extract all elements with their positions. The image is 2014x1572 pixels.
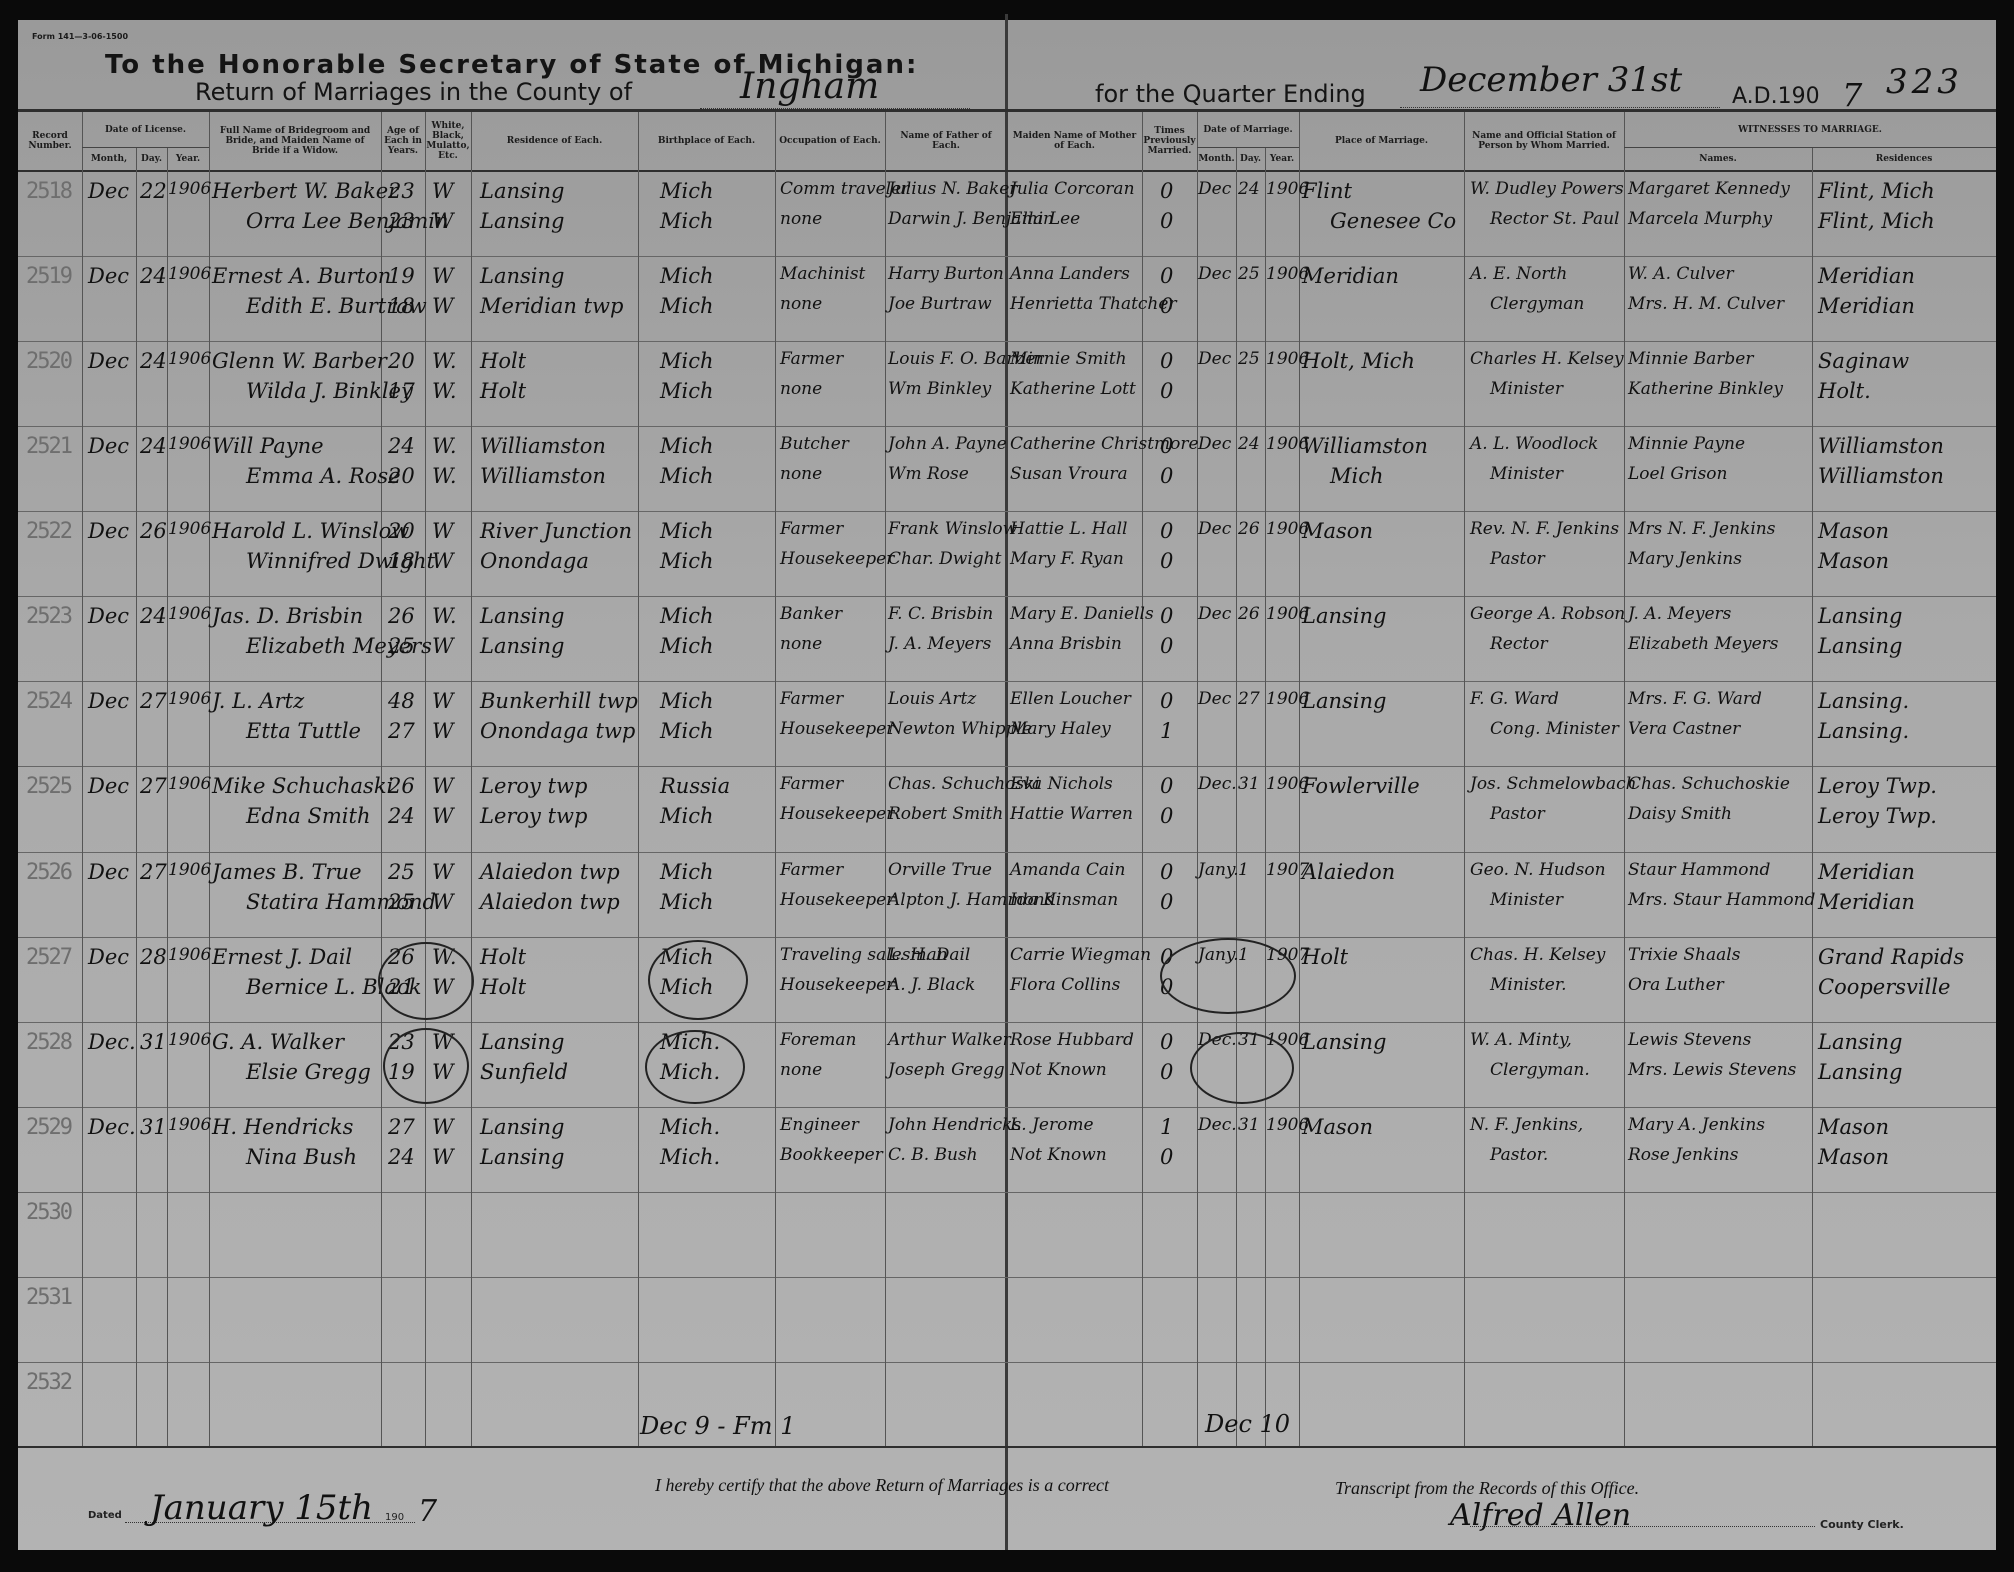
record-number: 2527 (26, 945, 71, 970)
cell-place1: Lansing (1302, 1030, 1386, 1054)
cell-bride-birth: Mich (660, 464, 714, 488)
cell-groom-age: 19 (388, 264, 415, 288)
cell-lic-day: 27 (140, 689, 167, 713)
cell-bride: Etta Tuttle (246, 719, 361, 743)
record-number: 2518 (26, 179, 71, 204)
cell-groom: Harold L. Winslow (212, 519, 409, 543)
header-bottom-rule (18, 170, 1996, 172)
cell-lic-day: 28 (140, 945, 167, 969)
dated-value: January 15th (150, 1488, 373, 1528)
row-divider (18, 256, 1996, 257)
cell-groom-occ: Machinist (780, 264, 865, 284)
cell-bride-father: Wm Binkley (888, 379, 991, 399)
cell-witres1: Meridian (1818, 264, 1915, 288)
cell-bride-occ: none (780, 379, 822, 399)
cell-bride-race: W (432, 719, 454, 743)
cell-bride-age: 23 (388, 209, 415, 233)
cell-groom-mother: Anna Landers (1010, 264, 1130, 284)
cell-bride-res: Lansing (480, 1145, 564, 1169)
col-witness-names: Names. (1624, 147, 1812, 170)
col-marriage-year: Year. (1265, 147, 1299, 170)
cell-bride-race: W (432, 209, 454, 233)
cell-lic-day: 24 (140, 604, 167, 628)
county-clerk-label: County Clerk. (1820, 1518, 1904, 1531)
column-divider (885, 112, 886, 1446)
cell-bride-mother: Anna Brisbin (1010, 634, 1122, 654)
cell-groom-times: 0 (1160, 434, 1173, 458)
cell-groom-times: 0 (1160, 1030, 1173, 1054)
cell-bride-occ: Housekeeper (780, 975, 894, 995)
cell-wit2: Mary Jenkins (1628, 549, 1742, 569)
cell-bride-res: Holt (480, 975, 526, 999)
col-date-of-marriage: Date of Marriage. (1197, 112, 1299, 147)
cell-off2: Minister (1490, 379, 1563, 399)
col-place: Place of Marriage. (1299, 112, 1464, 170)
cell-groom-birth: Russia (660, 774, 730, 798)
column-divider (775, 112, 776, 1446)
cell-lic-year: 1906 (168, 434, 211, 454)
cell-bride-mother: Mary Haley (1010, 719, 1111, 739)
cell-bride-times: 0 (1160, 1060, 1173, 1084)
cell-groom-times: 0 (1160, 774, 1173, 798)
cell-bride-mother: Ida Kinsman (1010, 890, 1118, 910)
cell-m-day: 27 (1238, 689, 1260, 709)
column-divider (1812, 147, 1813, 1446)
cell-lic-day: 31 (140, 1030, 167, 1054)
col-mother: Maiden Name of Mother of Each. (1007, 112, 1142, 170)
cell-bride-mother: Mary F. Ryan (1010, 549, 1124, 569)
cell-lic-month: Dec (88, 264, 129, 288)
cell-bride-res: Onondaga (480, 549, 589, 573)
cell-bride-mother: Susan Vroura (1010, 464, 1128, 484)
cell-lic-day: 22 (140, 179, 167, 203)
cell-bride-race: W (432, 890, 454, 914)
cell-groom-birth: Mich (660, 434, 714, 458)
cell-groom: James B. True (212, 860, 362, 884)
cell-groom-res: Williamston (480, 434, 606, 458)
cell-groom-res: Alaiedon twp (480, 860, 620, 884)
cell-groom: Ernest J. Dail (212, 945, 352, 969)
col-witness-residences: Residences (1812, 147, 1996, 170)
cell-m-day: 24 (1238, 434, 1260, 454)
cell-groom-occ: Farmer (780, 774, 843, 794)
cell-bride-race: W (432, 634, 454, 658)
cell-groom-mother: Minnie Smith (1010, 349, 1127, 369)
cell-bride-res: Onondaga twp (480, 719, 635, 743)
cell-bride-res: Alaiedon twp (480, 890, 620, 914)
cell-groom-birth: Mich (660, 179, 714, 203)
cell-groom-birth: Mich (660, 264, 714, 288)
cell-bride-times: 0 (1160, 294, 1173, 318)
cell-groom-mother: Eva Nichols (1010, 774, 1113, 794)
dated-label: Dated (88, 1510, 122, 1521)
cell-groom-mother: Julia Corcoran (1010, 179, 1135, 199)
cell-bride-father: C. B. Bush (888, 1145, 978, 1165)
cell-groom-father: John A. Payne (888, 434, 1007, 454)
cell-groom-birth: Mich (660, 689, 714, 713)
cell-lic-day: 26 (140, 519, 167, 543)
cell-bride-res: Lansing (480, 634, 564, 658)
cell-bride-birth: Mich (660, 209, 714, 233)
col-date-of-license: Date of License. (82, 112, 209, 147)
cell-groom-birth: Mich. (660, 1115, 720, 1139)
circle-mark-birth-2527 (648, 940, 748, 1020)
cell-wit1: W. A. Culver (1628, 264, 1734, 284)
cell-wit2: Elizabeth Meyers (1628, 634, 1779, 654)
cell-off2: Pastor (1490, 804, 1545, 824)
column-divider (167, 147, 168, 1446)
cell-groom-times: 0 (1160, 264, 1173, 288)
cell-place1: Lansing (1302, 604, 1386, 628)
cell-bride-times: 0 (1160, 549, 1173, 573)
cell-groom-times: 0 (1160, 519, 1173, 543)
certify-statement: I hereby certify that the above Return o… (655, 1475, 1109, 1496)
cell-bride: Nina Bush (246, 1145, 357, 1169)
cell-groom-res: River Junction (480, 519, 632, 543)
cell-bride-res: Sunfield (480, 1060, 568, 1084)
cell-place1: Mason (1302, 519, 1373, 543)
cell-bride-age: 18 (388, 294, 415, 318)
column-divider (82, 112, 83, 1446)
cell-off1: Chas. H. Kelsey (1470, 945, 1605, 965)
cell-wit1: Mrs. F. G. Ward (1628, 689, 1762, 709)
cell-bride-birth: Mich (660, 890, 714, 914)
cell-wit2: Ora Luther (1628, 975, 1724, 995)
cell-bride-mother: Hattie Warren (1010, 804, 1133, 824)
cell-bride: Elsie Gregg (246, 1060, 371, 1084)
cell-witres2: Lansing (1818, 1060, 1902, 1084)
cell-lic-month: Dec (88, 434, 129, 458)
cell-groom: Glenn W. Barber (212, 349, 387, 373)
cell-bride-birth: Mich (660, 634, 714, 658)
cell-groom-father: Harry Burton (888, 264, 1004, 284)
cell-off2: Minister (1490, 464, 1563, 484)
col-witnesses: WITNESSES TO MARRIAGE. (1624, 112, 1996, 147)
form-subtitle: Return of Marriages in the County of (195, 78, 632, 106)
cell-groom-res: Lansing (480, 264, 564, 288)
col-license-year: Year. (167, 147, 209, 170)
cell-groom-age: 26 (388, 774, 415, 798)
cell-bride-mother: Ella Lee (1010, 209, 1080, 229)
row-divider (18, 341, 1996, 342)
record-number: 2521 (26, 434, 71, 459)
cell-bride-occ: Housekeeper (780, 719, 894, 739)
col-occupation: Occupation of Each. (775, 112, 885, 170)
cell-bride-father: J. A. Meyers (888, 634, 991, 654)
cell-groom: Will Payne (212, 434, 324, 458)
cell-place1: Flint (1302, 179, 1352, 203)
cell-bride-birth: Mich (660, 804, 714, 828)
cell-groom-mother: L. Jerome (1010, 1115, 1094, 1135)
cell-bride-res: Leroy twp (480, 804, 587, 828)
cell-bride-res: Williamston (480, 464, 606, 488)
cell-witres1: Lansing (1818, 604, 1902, 628)
cell-bride-mother: Flora Collins (1010, 975, 1120, 995)
cell-witres2: Holt. (1818, 379, 1871, 403)
cell-off1: W. A. Minty, (1470, 1030, 1572, 1050)
cell-groom-father: Arthur Walker (888, 1030, 1011, 1050)
cell-bride-race: W. (432, 379, 457, 403)
cell-groom: Jas. D. Brisbin (212, 604, 363, 628)
cell-witres2: Williamston (1818, 464, 1944, 488)
cell-groom-father: F. C. Brisbin (888, 604, 993, 624)
cell-lic-month: Dec (88, 689, 129, 713)
cell-groom-occ: Butcher (780, 434, 849, 454)
cell-groom-father: L. H. Dail (888, 945, 970, 965)
cell-groom: Herbert W. Baker (212, 179, 398, 203)
col-license-month: Month, (82, 147, 136, 170)
circle-mark-age-2527 (378, 942, 474, 1020)
cell-groom-birth: Mich (660, 604, 714, 628)
cell-bride-father: Wm Rose (888, 464, 969, 484)
cell-groom-age: 27 (388, 1115, 415, 1139)
cell-bride-occ: none (780, 209, 822, 229)
cell-off2: Rector St. Paul (1490, 209, 1619, 229)
cell-off1: Rev. N. F. Jenkins (1470, 519, 1619, 539)
cell-wit1: Margaret Kennedy (1628, 179, 1790, 199)
cell-groom-race: W (432, 1115, 454, 1139)
cell-bride: Edna Smith (246, 804, 370, 828)
cell-witres1: Leroy Twp. (1818, 774, 1937, 798)
cell-groom-age: 20 (388, 349, 415, 373)
cell-bride-age: 24 (388, 1145, 415, 1169)
dated-year-digit: 7 (418, 1494, 437, 1529)
cell-groom-res: Lansing (480, 1115, 564, 1139)
ad-year-label: A.D.190 (1732, 84, 1820, 109)
cell-bride-birth: Mich (660, 294, 714, 318)
cell-groom-occ: Farmer (780, 519, 843, 539)
cell-lic-year: 1906 (168, 1030, 211, 1050)
cell-place1: Holt (1302, 945, 1348, 969)
record-number: 2528 (26, 1030, 71, 1055)
cell-groom-birth: Mich (660, 519, 714, 543)
cell-witres1: Mason (1818, 1115, 1889, 1139)
cell-m-month: Dec (1198, 264, 1231, 284)
cell-lic-month: Dec (88, 519, 129, 543)
col-marriage-day: Day. (1236, 147, 1265, 170)
cell-place1: Fowlerville (1302, 774, 1420, 798)
cell-bride-occ: Housekeeper (780, 549, 894, 569)
cell-bride-birth: Mich (660, 719, 714, 743)
cell-groom-father: John Hendricks (888, 1115, 1021, 1135)
cell-bride-race: W (432, 804, 454, 828)
cell-lic-year: 1906 (168, 264, 211, 284)
cell-bride-times: 0 (1160, 209, 1173, 233)
cell-witres2: Lansing (1818, 634, 1902, 658)
cell-witres1: Flint, Mich (1818, 179, 1935, 203)
cell-wit1: Trixie Shaals (1628, 945, 1740, 965)
cell-off1: W. Dudley Powers (1470, 179, 1624, 199)
cell-groom: Mike Schuchaski (212, 774, 393, 798)
cell-m-month: Dec (1198, 519, 1231, 539)
cell-bride-times: 1 (1160, 719, 1173, 743)
cell-groom-father: Louis Artz (888, 689, 976, 709)
cell-off1: A. L. Woodlock (1470, 434, 1598, 454)
cell-groom-res: Holt (480, 945, 526, 969)
cell-groom: J. L. Artz (212, 689, 304, 713)
cell-wit1: Minnie Payne (1628, 434, 1745, 454)
cell-m-month: Dec (1198, 179, 1231, 199)
cell-off2: Clergyman. (1490, 1060, 1590, 1080)
record-number: 2522 (26, 519, 71, 544)
cell-bride-age: 18 (388, 549, 415, 573)
cell-lic-month: Dec. (88, 1030, 136, 1054)
cell-bride-occ: none (780, 464, 822, 484)
cell-lic-year: 1906 (168, 689, 211, 709)
cell-wit2: Marcela Murphy (1628, 209, 1772, 229)
cell-lic-day: 27 (140, 774, 167, 798)
cell-bride-mother: Katherine Lott (1010, 379, 1136, 399)
cell-bride-mother: Not Known (1010, 1145, 1107, 1165)
county-value: Ingham (740, 66, 879, 107)
cell-groom-res: Holt (480, 349, 526, 373)
clerk-signature: Alfred Allen (1450, 1498, 1631, 1533)
cell-off2: Minister (1490, 890, 1563, 910)
record-number: 2520 (26, 349, 71, 374)
cell-lic-year: 1906 (168, 604, 211, 624)
cell-witres2: Flint, Mich (1818, 209, 1935, 233)
cell-witres2: Mason (1818, 549, 1889, 573)
cell-off1: F. G. Ward (1470, 689, 1559, 709)
cell-bride-age: 20 (388, 464, 415, 488)
cell-witres1: Meridian (1818, 860, 1915, 884)
cell-groom-birth: Mich (660, 349, 714, 373)
cell-bride-father: Joseph Gregg (888, 1060, 1005, 1080)
column-divider (1236, 147, 1237, 1446)
record-number: 2519 (26, 264, 71, 289)
cell-groom-occ: Farmer (780, 860, 843, 880)
cell-bride-father: A. J. Black (888, 975, 975, 995)
cell-groom-race: W (432, 774, 454, 798)
cell-place1: Alaiedon (1302, 860, 1395, 884)
cell-bride-father: Joe Burtraw (888, 294, 992, 314)
cell-witres2: Coopersville (1818, 975, 1950, 999)
cell-groom-occ: Engineer (780, 1115, 859, 1135)
cell-bride-occ: none (780, 1060, 822, 1080)
cell-groom-age: 25 (388, 860, 415, 884)
cell-wit2: Mrs. H. M. Culver (1628, 294, 1784, 314)
cell-m-day: 31 (1238, 1115, 1260, 1135)
cell-off2: Pastor (1490, 549, 1545, 569)
cell-witres1: Lansing (1818, 1030, 1902, 1054)
record-number: 2524 (26, 689, 71, 714)
annotation-left: Dec 9 - Fm 1 (640, 1412, 795, 1440)
cell-bride-mother: Henrietta Thatcher (1010, 294, 1177, 314)
cell-groom-mother: Mary E. Daniells (1010, 604, 1154, 624)
cell-groom-father: Frank Winslow (888, 519, 1017, 539)
cell-wit1: J. A. Meyers (1628, 604, 1731, 624)
column-divider (638, 112, 639, 1446)
annotation-right: Dec 10 (1205, 1410, 1290, 1438)
cell-groom: Ernest A. Burton (212, 264, 391, 288)
cell-bride-age: 25 (388, 890, 415, 914)
cell-wit2: Katherine Binkley (1628, 379, 1783, 399)
cell-groom-occ: Farmer (780, 689, 843, 709)
cell-m-month: Dec (1198, 689, 1231, 709)
circle-mark-date-2526 (1190, 1032, 1294, 1104)
cell-groom-res: Lansing (480, 179, 564, 203)
cell-witres1: Grand Rapids (1818, 945, 1964, 969)
transcript-statement: Transcript from the Records of this Offi… (1335, 1478, 1639, 1499)
cell-witres2: Meridian (1818, 294, 1915, 318)
cell-place1: Williamston (1302, 434, 1428, 458)
col-age: Age of Each in Years. (381, 112, 425, 170)
col-license-day: Day. (136, 147, 167, 170)
cell-bride-race: W (432, 294, 454, 318)
cell-groom: H. Hendricks (212, 1115, 353, 1139)
cell-lic-month: Dec (88, 604, 129, 628)
cell-wit1: Minnie Barber (1628, 349, 1753, 369)
cell-lic-day: 24 (140, 434, 167, 458)
cell-groom-father: Julius N. Baker (888, 179, 1017, 199)
cell-off1: George A. Robson (1470, 604, 1625, 624)
quarter-value: December 31st (1420, 60, 1682, 100)
page-number: 323 (1886, 62, 1963, 102)
record-number-empty: 2532 (26, 1370, 71, 1395)
cell-m-day: 26 (1238, 604, 1260, 624)
cell-bride: Orra Lee Benjamin (246, 209, 449, 233)
form-number: Form 141—3-06-1500 (32, 32, 128, 41)
cell-lic-month: Dec (88, 774, 129, 798)
cell-groom-age: 24 (388, 434, 415, 458)
cell-wit1: Mary A. Jenkins (1628, 1115, 1765, 1135)
cell-place2: Mich (1330, 464, 1384, 488)
cell-off1: Geo. N. Hudson (1470, 860, 1606, 880)
cell-groom-birth: Mich (660, 860, 714, 884)
cell-groom-times: 1 (1160, 1115, 1173, 1139)
cell-groom-mother: Ellen Loucher (1010, 689, 1131, 709)
row-divider (18, 1022, 1996, 1023)
cell-bride-mother: Not Known (1010, 1060, 1107, 1080)
cell-lic-year: 1906 (168, 519, 211, 539)
cell-lic-day: 27 (140, 860, 167, 884)
cell-groom-times: 0 (1160, 179, 1173, 203)
col-times-married: Times Previously Married. (1142, 112, 1197, 170)
cell-bride-res: Lansing (480, 209, 564, 233)
circle-mark-date-2527 (1160, 938, 1296, 1014)
cell-bride-times: 0 (1160, 634, 1173, 658)
cell-place1: Holt, Mich (1302, 349, 1415, 373)
cell-lic-month: Dec (88, 860, 129, 884)
cell-m-day: 1 (1238, 860, 1249, 880)
cell-groom-mother: Rose Hubbard (1010, 1030, 1134, 1050)
row-divider (18, 937, 1996, 938)
cell-bride-race: W (432, 549, 454, 573)
cell-m-day: 25 (1238, 349, 1260, 369)
cell-bride: Emma A. Rose (246, 464, 401, 488)
record-number-empty: 2531 (26, 1285, 71, 1310)
cell-wit2: Daisy Smith (1628, 804, 1732, 824)
cell-off2: Minister. (1490, 975, 1567, 995)
cell-wit2: Mrs. Lewis Stevens (1628, 1060, 1796, 1080)
cell-bride-occ: Housekeeper (780, 890, 894, 910)
cell-groom-times: 0 (1160, 604, 1173, 628)
cell-lic-year: 1906 (168, 179, 211, 199)
cell-bride-res: Meridian twp (480, 294, 623, 318)
row-divider (18, 511, 1996, 512)
cell-groom-race: W (432, 519, 454, 543)
cell-groom-res: Lansing (480, 1030, 564, 1054)
cell-bride-occ: none (780, 634, 822, 654)
record-number: 2525 (26, 774, 71, 799)
cell-groom-race: W. (432, 434, 457, 458)
cell-wit2: Rose Jenkins (1628, 1145, 1738, 1165)
cell-bride-birth: Mich (660, 549, 714, 573)
cell-groom: G. A. Walker (212, 1030, 344, 1054)
row-divider (18, 1362, 1996, 1363)
cell-groom-occ: Farmer (780, 349, 843, 369)
cell-bride-age: 17 (388, 379, 415, 403)
